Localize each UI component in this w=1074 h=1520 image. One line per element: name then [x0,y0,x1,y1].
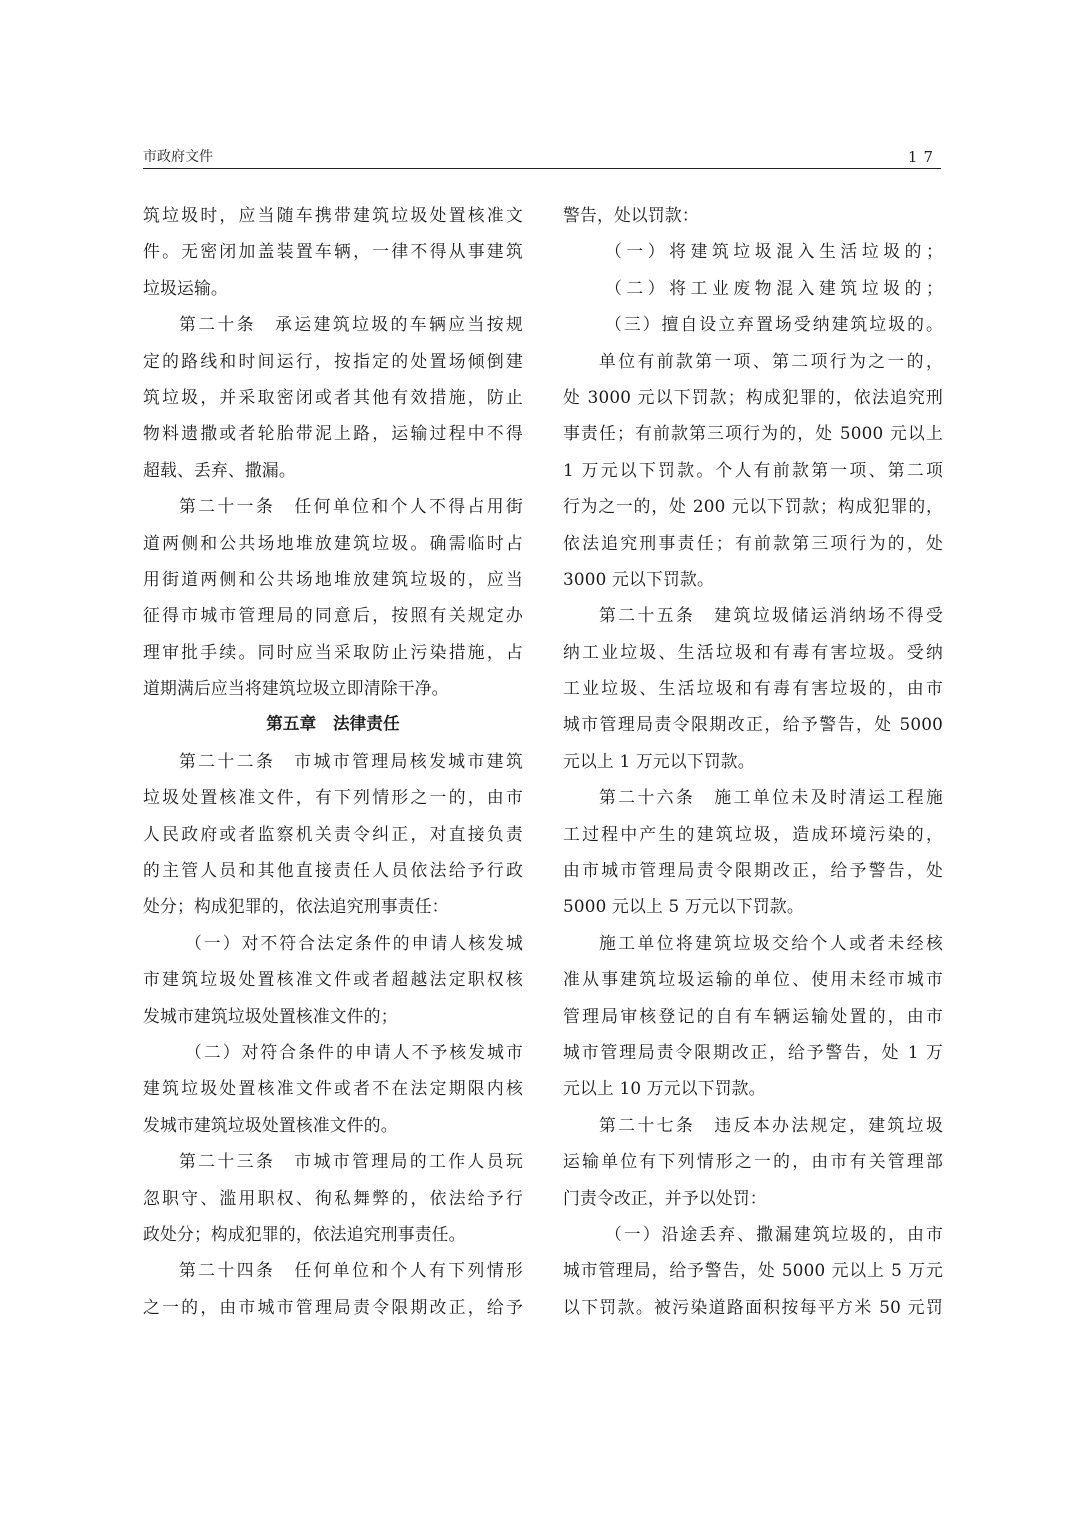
text-line: 垃圾运输。 [143,270,523,306]
text-line: 道期满后应当将建筑垃圾立即清除干净。 [143,670,523,706]
text-line: （二）将工业废物混入建筑垃圾的； [563,270,943,306]
text-line: 超载、丢弃、撒漏。 [143,452,523,488]
text-line: 物料遗撒或者轮胎带泥上路，运输过程中不得 [143,415,523,451]
text-line: （一）对不符合法定条件的申请人核发城 [143,925,523,961]
text-line: 3000 元以下罚款。 [563,561,943,597]
chapter-heading: 第五章 法律责任 [143,706,523,742]
text-line: 第二十四条 任何单位和个人有下列情形 [143,1252,523,1288]
text-line: 之一的，由市城市管理局责令限期改正，给予 [143,1289,523,1325]
text-line: 筑垃圾，并采取密闭或者其他有效措施，防止 [143,379,523,415]
text-line: 行为之一的，处 200 元以下罚款；构成犯罪的， [563,488,943,524]
text-line: 事责任；有前款第三项行为的，处 5000 元以上 [563,415,943,451]
text-line: 运输单位有下列情形之一的，由市有关管理部 [563,1143,943,1179]
page-number: 17 [908,148,939,166]
text-line: 市建筑垃圾处置核准文件或者超越法定职权核 [143,961,523,997]
text-line: 工业垃圾、生活垃圾和有毒有害垃圾的，由市 [563,670,943,706]
right-column: 警告，处以罚款：（一）将建筑垃圾混入生活垃圾的；（二）将工业废物混入建筑垃圾的；… [563,197,943,1325]
text-line: 工过程中产生的建筑垃圾，造成环境污染的， [563,816,943,852]
text-line: 1 万元以下罚款。个人有前款第一项、第二项 [563,452,943,488]
text-line: 第二十六条 施工单位未及时清运工程施 [563,779,943,815]
text-line: 发城市建筑垃圾处置核准文件的。 [143,1107,523,1143]
text-line: （一）沿途丢弃、撒漏建筑垃圾的，由市 [563,1216,943,1252]
text-line: 征得市城市管理局的同意后，按照有关规定办 [143,597,523,633]
text-line: 政处分；构成犯罪的，依法追究刑事责任。 [143,1216,523,1252]
text-line: 由市城市管理局责令限期改正，给予警告，处 [563,852,943,888]
text-line: 元以上 1 万元以下罚款。 [563,743,943,779]
text-line: 第二十条 承运建筑垃圾的车辆应当按规 [143,306,523,342]
header-title: 市政府文件 [143,146,213,166]
text-line: （三）擅自设立弃置场受纳建筑垃圾的。 [563,306,943,342]
text-line: 垃圾处置核准文件，有下列情形之一的，由市 [143,779,523,815]
text-line: 件。无密闭加盖装置车辆，一律不得从事建筑 [143,233,523,269]
text-line: 准从事建筑垃圾运输的单位、使用未经市城市 [563,961,943,997]
text-line: 忽职守、滥用职权、徇私舞弊的，依法给予行 [143,1180,523,1216]
text-line: 单位有前款第一项、第二项行为之一的， [563,343,943,379]
text-line: 人民政府或者监察机关责令纠正，对直接负责 [143,816,523,852]
text-line: 筑垃圾时，应当随车携带建筑垃圾处置核准文 [143,197,523,233]
text-line: 门责令改正，并予以处罚： [563,1180,943,1216]
text-line: 处分；构成犯罪的，依法追究刑事责任： [143,888,523,924]
text-line: 依法追究刑事责任；有前款第三项行为的，处 [563,525,943,561]
text-line: 施工单位将建筑垃圾交给个人或者未经核 [563,925,943,961]
text-line: 以下罚款。被污染道路面积按每平方米 50 元罚 [563,1289,943,1325]
text-line: 第二十五条 建筑垃圾储运消纳场不得受 [563,597,943,633]
text-line: 第二十七条 违反本办法规定，建筑垃圾 [563,1107,943,1143]
text-line: （二）对符合条件的申请人不予核发城市 [143,1034,523,1070]
text-line: 理审批手续。同时应当采取防止污染措施，占 [143,634,523,670]
page-header: 市政府文件 17 [143,148,941,169]
text-line: 元以上 10 万元以下罚款。 [563,1070,943,1106]
text-line: 纳工业垃圾、生活垃圾和有毒有害垃圾。受纳 [563,634,943,670]
left-column: 筑垃圾时，应当随车携带建筑垃圾处置核准文件。无密闭加盖装置车辆，一律不得从事建筑… [143,197,523,1325]
text-line: 城市管理局，给予警告，处 5000 元以上 5 万元 [563,1252,943,1288]
text-line: 定的路线和时间运行，按指定的处置场倾倒建 [143,343,523,379]
text-line: 城市管理局责令限期改正，给予警告，处 5000 [563,706,943,742]
text-line: 建筑垃圾处置核准文件或者不在法定期限内核 [143,1070,523,1106]
text-line: 第二十二条 市城市管理局核发城市建筑 [143,743,523,779]
text-line: 5000 元以上 5 万元以下罚款。 [563,888,943,924]
text-line: 管理局审核登记的自有车辆运输处置的，由市 [563,998,943,1034]
text-line: 处 3000 元以下罚款；构成犯罪的，依法追究刑 [563,379,943,415]
text-line: （一）将建筑垃圾混入生活垃圾的； [563,233,943,269]
text-line: 发城市建筑垃圾处置核准文件的； [143,998,523,1034]
text-line: 用街道两侧和公共场地堆放建筑垃圾的，应当 [143,561,523,597]
text-line: 警告，处以罚款： [563,197,943,233]
text-line: 城市管理局责令限期改正，给予警告，处 1 万 [563,1034,943,1070]
text-line: 道两侧和公共场地堆放建筑垃圾。确需临时占 [143,525,523,561]
text-line: 第二十一条 任何单位和个人不得占用街 [143,488,523,524]
text-line: 第二十三条 市城市管理局的工作人员玩 [143,1143,523,1179]
text-line: 的主管人员和其他直接责任人员依法给予行政 [143,852,523,888]
